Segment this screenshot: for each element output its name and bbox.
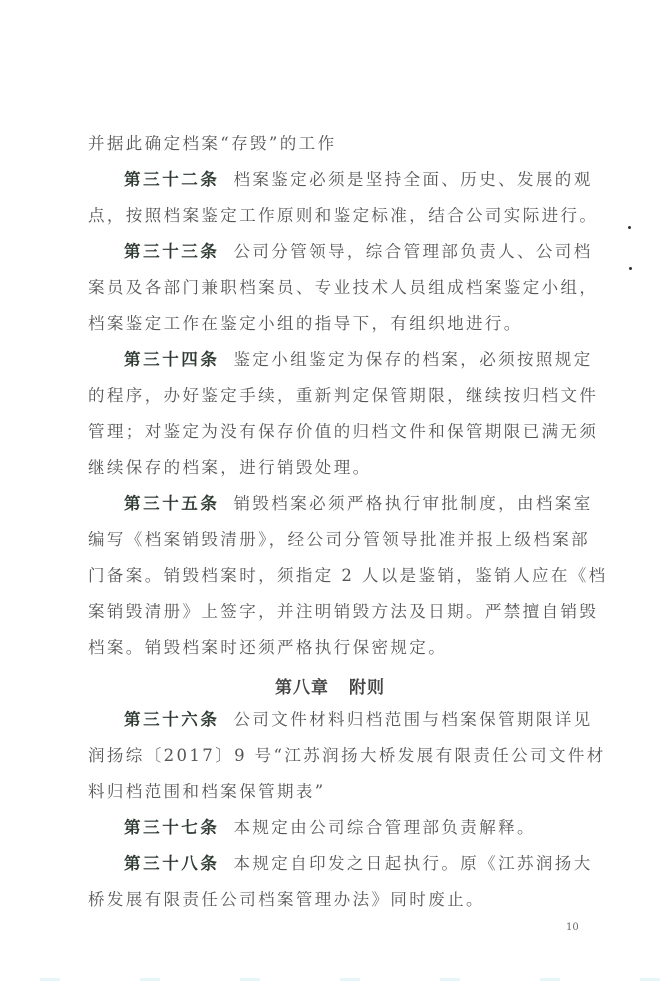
- text-line: 并据此确定档案“存毁”的工作: [88, 133, 588, 155]
- text-line: 桥发展有限责任公司档案管理办法》同时废止。: [88, 889, 588, 911]
- scan-speck: [628, 226, 631, 229]
- scan-speck: [629, 267, 632, 270]
- article-heading: 第三十六条: [124, 710, 220, 729]
- text-line: 案销毁清册》上签字，并注明销毁方法及日期。严禁擅自销毁: [88, 601, 588, 623]
- article-36: 第三十六条公司文件材料归档范围与档案保管期限详见: [124, 709, 624, 731]
- article-heading: 第三十三条: [124, 242, 220, 261]
- article-34: 第三十四条鉴定小组鉴定为保存的档案，必须按照规定: [124, 349, 624, 371]
- article-heading: 第三十二条: [124, 170, 220, 189]
- text-line: 料归档范围和档案保管期表”: [88, 781, 588, 803]
- chapter-heading: 第八章附则: [0, 673, 660, 698]
- text-line: 门备案。销毁档案时，须指定 2 人以是鉴销，鉴销人应在《档: [88, 565, 588, 587]
- article-heading: 第三十五条: [124, 494, 220, 513]
- text-line: 档案鉴定工作在鉴定小组的指导下，有组织地进行。: [88, 313, 588, 335]
- text-line: 润扬综〔2017〕9 号“江苏润扬大桥发展有限责任公司文件材: [88, 745, 588, 767]
- text-line: 档案。销毁档案时还须严格执行保密规定。: [88, 637, 588, 659]
- article-33: 第三十三条公司分管领导，综合管理部负责人、公司档: [124, 241, 624, 263]
- text-line: 管理；对鉴定为没有保存价值的归档文件和保管期限已满无须: [88, 421, 588, 443]
- article-heading: 第三十八条: [124, 854, 220, 873]
- text-line: 点，按照档案鉴定工作原则和鉴定标准，结合公司实际进行。: [88, 205, 588, 227]
- article-heading: 第三十七条: [124, 818, 220, 837]
- text-line: 编写《档案销毁清册》，经公司分管领导批准并报上级档案部: [88, 529, 588, 551]
- text-line: 案员及各部门兼职档案员、专业技术人员组成档案鉴定小组，: [88, 277, 588, 299]
- article-38: 第三十八条本规定自印发之日起执行。原《江苏润扬大: [124, 853, 624, 875]
- article-heading: 第三十四条: [124, 350, 220, 369]
- document-page: 并据此确定档案“存毁”的工作 第三十二条档案鉴定必须是坚持全面、历史、发展的观 …: [0, 0, 660, 981]
- text-line: 继续保存的档案，进行销毁处理。: [88, 457, 588, 479]
- page-number: 10: [566, 922, 579, 933]
- article-35: 第三十五条销毁档案必须严格执行审批制度，由档案室: [124, 493, 624, 515]
- article-37: 第三十七条本规定由公司综合管理部负责解释。: [124, 817, 624, 839]
- article-32: 第三十二条档案鉴定必须是坚持全面、历史、发展的观: [124, 169, 624, 191]
- text-line: 的程序，办好鉴定手续，重新判定保管期限，继续按归档文件: [88, 385, 588, 407]
